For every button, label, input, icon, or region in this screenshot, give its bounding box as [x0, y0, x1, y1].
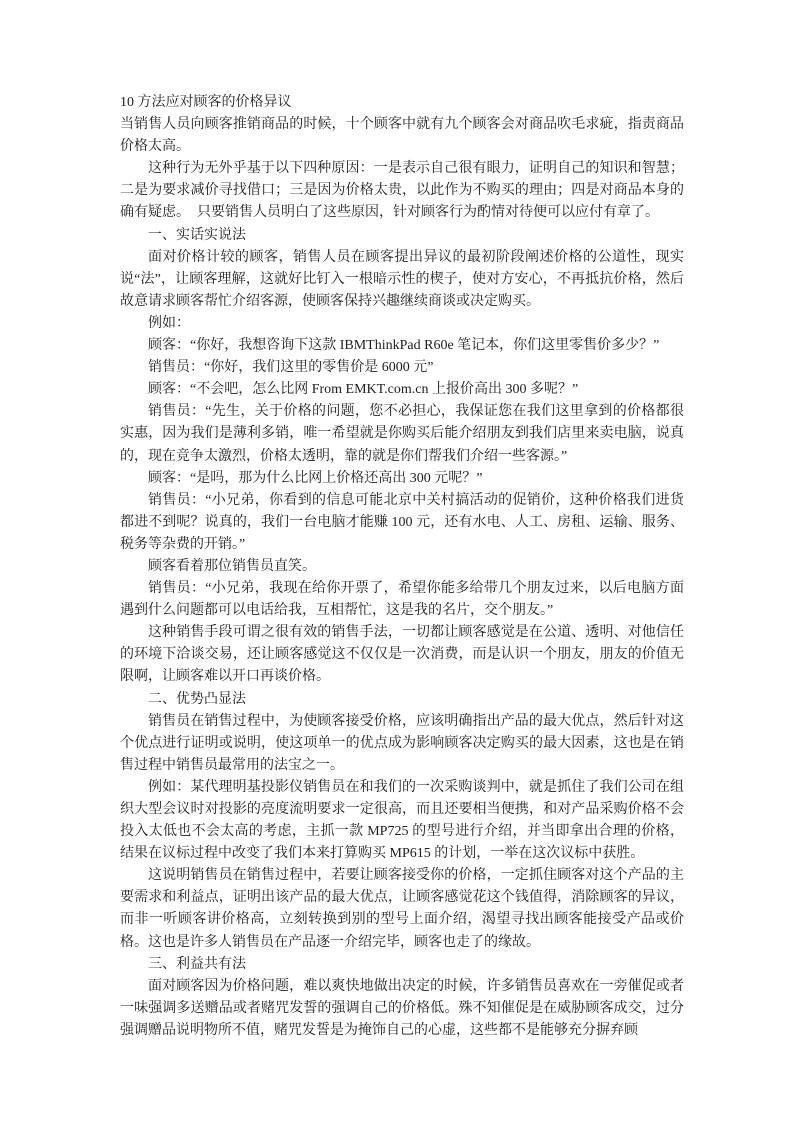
paragraph: 例如：某代理明基投影仪销售员在和我们的一次采购谈判中，就是抓住了我们公司在组织大…	[120, 777, 684, 865]
document-page: 10 方法应对顾客的价格异议 当销售人员向顾客推销商品的时候，十个顾客中就有九个…	[0, 0, 800, 1132]
paragraph: 例如：	[120, 313, 684, 335]
paragraph: 二、优势凸显法	[120, 689, 684, 711]
paragraph: 这种销售手段可谓之很有效的销售手法，一切都让顾客感觉是在公道、透明、对他信任的环…	[120, 622, 684, 688]
paragraph: 这种行为无外乎基于以下四种原因：一是表示自己很有眼力，证明自己的知识和智慧；二是…	[120, 158, 684, 224]
paragraph: 当销售人员向顾客推销商品的时候，十个顾客中就有九个顾客会对商品吹毛求疵，指责商品…	[120, 114, 684, 158]
paragraph: 销售员在销售过程中，为使顾客接受价格，应该明确指出产品的最大优点，然后针对这个优…	[120, 711, 684, 777]
paragraph: 销售员：“先生，关于价格的问题，您不必担心，我保证您在我们这里拿到的价格都很实惠…	[120, 401, 684, 467]
paragraph: 一、实话实说法	[120, 225, 684, 247]
paragraph: 顾客看着那位销售员直笑。	[120, 556, 684, 578]
paragraph: 顾客：“不会吧，怎么比网 From EMKT.com.cn 上报价高出 300 …	[120, 379, 684, 401]
paragraph: 这说明销售员在销售过程中，若要让顾客接受你的价格，一定抓住顾客对这个产品的主要需…	[120, 865, 684, 953]
paragraph: 顾客：“是吗，那为什么比网上价格还高出 300 元呢？”	[120, 468, 684, 490]
paragraph: 销售员：“你好，我们这里的零售价是 6000 元”	[120, 357, 684, 379]
paragraph: 销售员：“小兄弟，你看到的信息可能北京中关村搞活动的促销价，这种价格我们进货都进…	[120, 490, 684, 556]
document-paragraphs: 当销售人员向顾客推销商品的时候，十个顾客中就有九个顾客会对商品吹毛求疵，指责商品…	[120, 114, 684, 1042]
document-content: 10 方法应对顾客的价格异议 当销售人员向顾客推销商品的时候，十个顾客中就有九个…	[120, 92, 684, 1042]
paragraph: 销售员：“小兄弟，我现在给你开票了，希望你能多给带几个朋友过来，以后电脑方面遇到…	[120, 578, 684, 622]
paragraph: 顾客：“你好，我想咨询下这款 IBMThinkPad R60e 笔记本，你们这里…	[120, 335, 684, 357]
paragraph: 面对价格计较的顾客，销售人员在顾客提出异议的最初阶段阐述价格的公道性，现实说“法…	[120, 247, 684, 313]
paragraph: 三、利益共有法	[120, 954, 684, 976]
paragraph: 面对顾客因为价格问题，难以爽快地做出决定的时候，许多销售员喜欢在一旁催促或者一味…	[120, 976, 684, 1042]
document-title: 10 方法应对顾客的价格异议	[120, 92, 684, 114]
